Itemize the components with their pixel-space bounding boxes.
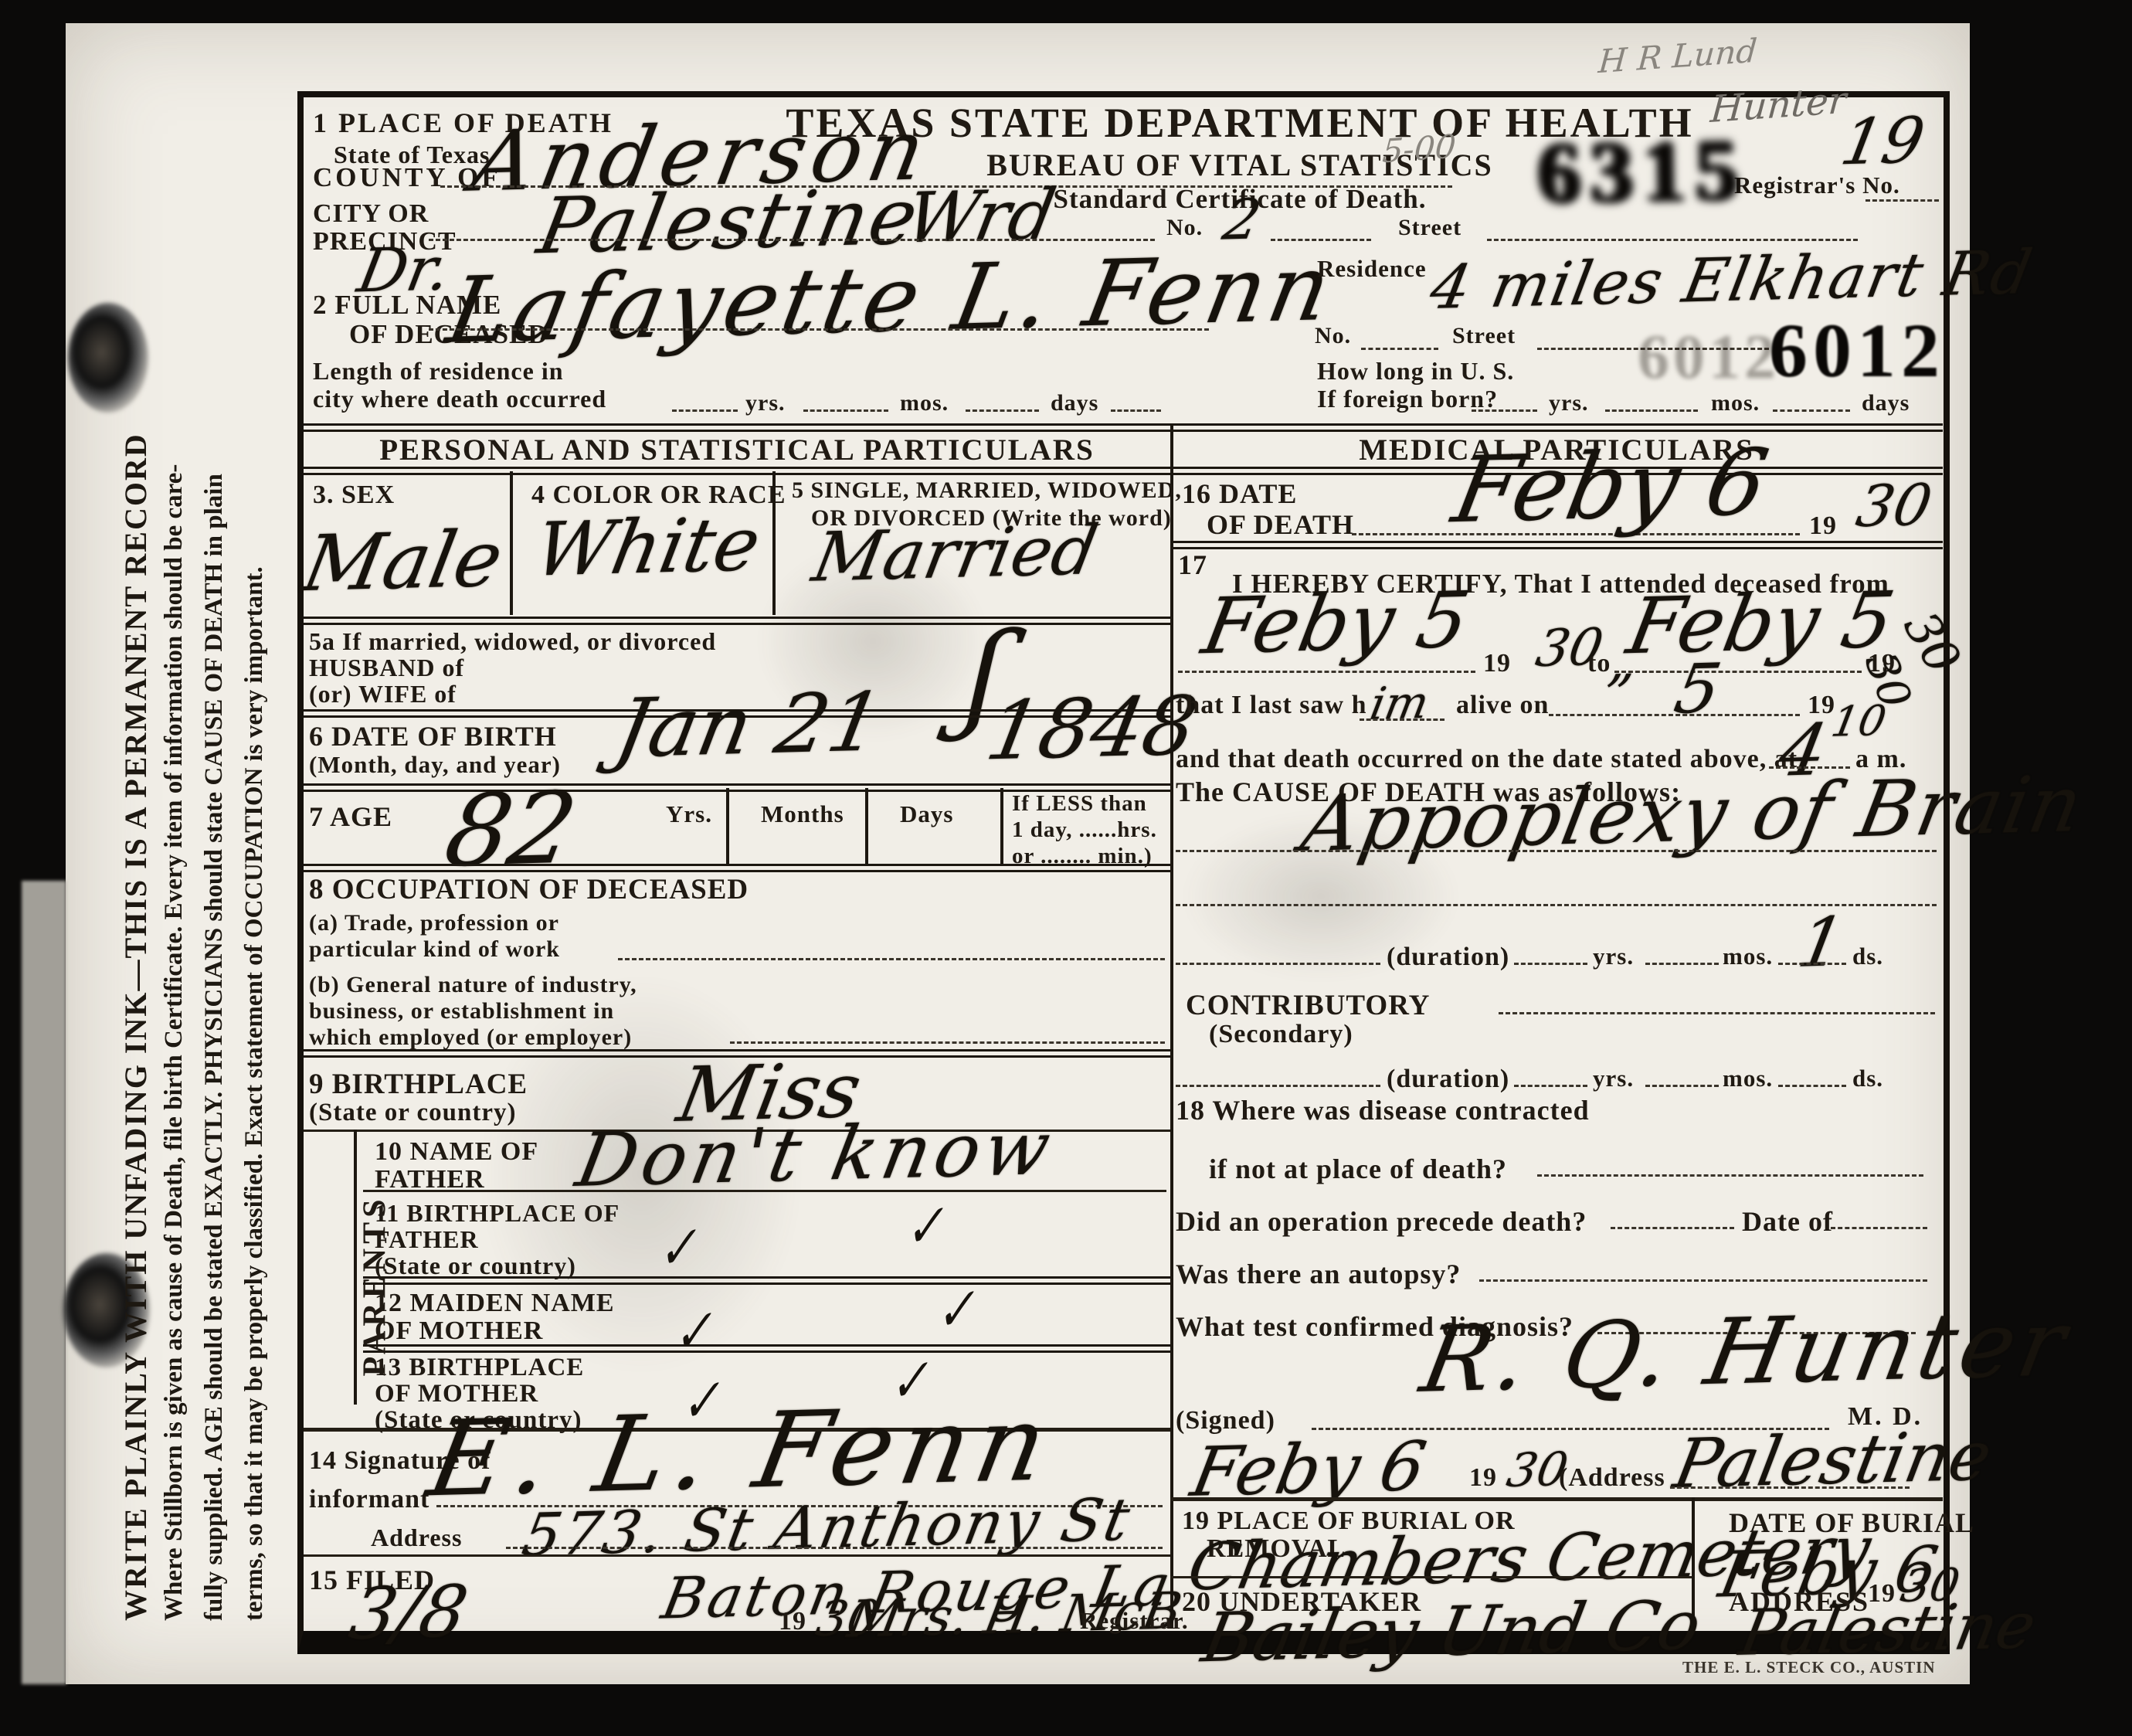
husband-label3: (or) WIFE of (309, 680, 457, 708)
occupation-b3: which employed (or employer) (309, 1024, 632, 1051)
physician-signature: R. Q. Hunter (1414, 1289, 2078, 1413)
dotted-line (966, 409, 1039, 412)
father-name-label1: 10 NAME OF (375, 1137, 538, 1167)
date-of-death-label2: OF DEATH (1207, 508, 1354, 541)
margin-line-1: WRITE PLAINLY WITH UNFADING INK—THIS IS … (117, 95, 154, 1621)
row-rule (1170, 541, 1943, 549)
father-birthplace-label2: FATHER (375, 1225, 479, 1254)
operation-date-label: Date of (1742, 1205, 1833, 1238)
filed-date-value: 3/8 (344, 1570, 474, 1656)
duration-label-2: (duration) (1387, 1065, 1509, 1094)
father-birthplace-label1: 11 BIRTHPLACE OF (375, 1199, 620, 1228)
dotted-line (1111, 409, 1161, 412)
mother-birthplace-label1: 13 BIRTHPLACE (375, 1354, 584, 1382)
us-days-label: days (1862, 390, 1910, 416)
cell-divider (865, 788, 868, 865)
cell-divider (726, 788, 729, 865)
address-paren-label: (Address (1559, 1463, 1665, 1493)
operation-question: Did an operation precede death? (1176, 1205, 1587, 1238)
scan-edge-artifact (22, 881, 66, 1684)
length-mos-label: mos. (900, 390, 949, 416)
color-race-value: White (528, 501, 767, 593)
dotted-line (1487, 239, 1858, 241)
attended-to-date: Feby 5 (1621, 575, 1901, 672)
pencil-fee-note: 5-00 (1381, 127, 1458, 170)
occupation-a2: particular kind of work (309, 936, 560, 963)
dotted-line (1831, 1227, 1927, 1229)
signed-year-prefix: 19 (1469, 1463, 1497, 1493)
dotted-line (1645, 1085, 1719, 1087)
city-label-line1: CITY OR (313, 199, 429, 229)
dotted-line (1605, 409, 1698, 412)
registrar-no-value: 19 (1835, 104, 1930, 180)
attended-from-date: Feby 5 (1196, 575, 1476, 672)
duration1-mos: mos. (1723, 943, 1773, 970)
registrar-label: Registrar. (1080, 1607, 1189, 1635)
disease-contracted-label: 18 Where was disease contracted (1176, 1094, 1590, 1126)
less-than-label2: 1 day, ......hrs. (1012, 817, 1157, 843)
contributory-label: CONTRIBUTORY (1186, 989, 1430, 1022)
dotted-line (1361, 348, 1438, 350)
name-prefix-value: Dr. (352, 234, 455, 306)
dotted-line (429, 328, 1209, 331)
marital-label1: 5 SINGLE, MARRIED, WIDOWED, (792, 477, 1182, 504)
secondary-label: (Secondary) (1209, 1020, 1353, 1049)
street-label: Street (1398, 215, 1462, 241)
length-residence-label1: Length of residence in (313, 357, 564, 386)
dotted-line (1866, 199, 1939, 202)
dob-year-value: 1848 (979, 679, 1204, 779)
birthplace-label1: 9 BIRTHPLACE (309, 1068, 528, 1101)
age-days-label: Days (900, 800, 953, 828)
undertaker-value: Bailey Und Co (1197, 1585, 1707, 1678)
row-rule (363, 1344, 1170, 1353)
filed-year-prefix: 19 (779, 1607, 806, 1636)
dotted-line (672, 409, 738, 412)
husband-label2: HUSBAND of (309, 654, 464, 682)
age-months-label: Months (761, 800, 844, 828)
occupation-b2: business, or establishment in (309, 998, 614, 1024)
occupation-title: 8 OCCUPATION OF DECEASED (309, 873, 749, 906)
ditto-check-mark: ✓ (670, 1299, 715, 1367)
margin-instructions: WRITE PLAINLY WITH UNFADING INK—THIS IS … (117, 95, 274, 1621)
not-at-place-label: if not at place of death? (1209, 1153, 1507, 1185)
last-saw-label2: alive on (1456, 691, 1549, 720)
column-divider (1170, 423, 1173, 1629)
ditto-check-mark: ✓ (655, 1215, 699, 1283)
dotted-line (1645, 963, 1719, 965)
margin-line-2: Where Stillborn is given as cause of Dea… (154, 95, 194, 1621)
howlong-us-label1: How long in U. S. (1317, 357, 1514, 386)
less-than-label1: If LESS than (1012, 791, 1147, 817)
certificate-number-stamp: 6012 (1769, 306, 1945, 395)
length-days-label: days (1051, 390, 1098, 416)
dotted-line (506, 1547, 1163, 1549)
dotted-line (618, 958, 1165, 960)
us-yrs-label: yrs. (1549, 390, 1589, 416)
dotted-line (1773, 409, 1850, 412)
informant-address-label: Address (371, 1524, 462, 1552)
duration2-mos: mos. (1723, 1065, 1773, 1092)
precinct-no-label: No. (1166, 215, 1203, 241)
ditto-check-mark: ✓ (902, 1194, 946, 1262)
date-of-death-value: Feby 6 (1445, 429, 1776, 543)
occupation-a1: (a) Trade, profession or (309, 910, 559, 936)
ditto-check-mark: ✓ (933, 1277, 977, 1345)
age-label: 7 AGE (309, 800, 392, 833)
duration2-yrs: yrs. (1593, 1065, 1634, 1092)
margin-line-3: fully supplied. AGE should be stated EXA… (194, 95, 234, 1621)
signed-address-value: Palestine (1668, 1416, 1998, 1504)
dotted-line (1178, 671, 1475, 673)
dotted-line (1670, 1486, 1910, 1489)
sex-value: Male (296, 514, 509, 610)
residence-label: Residence (1317, 255, 1427, 283)
duration1-yrs: yrs. (1593, 943, 1634, 970)
row-rule (304, 617, 1170, 625)
cell-divider (1000, 788, 1003, 865)
dotted-line (730, 1041, 1165, 1044)
dotted-line (1479, 1279, 1927, 1282)
row-rule (363, 1190, 1166, 1192)
autopsy-question: Was there an autopsy? (1176, 1258, 1461, 1290)
dotted-line (1499, 1012, 1935, 1014)
cell-divider (510, 471, 513, 615)
certificate-number-stamp-blurred: 6315 (1536, 121, 1748, 224)
row-rule (1170, 1497, 1943, 1501)
birthplace-label2: (State or country) (309, 1099, 517, 1127)
mother-maiden-label2: OF MOTHER (375, 1316, 543, 1346)
us-mos-label: mos. (1711, 390, 1760, 416)
dotted-line (429, 239, 1155, 241)
residence-no-label: No. (1315, 323, 1351, 349)
dotted-line (803, 409, 888, 412)
date-of-death-label1: 16 DATE (1182, 477, 1297, 510)
dotted-line (1778, 1085, 1846, 1087)
duration-label-1: (duration) (1387, 943, 1509, 972)
margin-line-4: terms, so that it may be properly classi… (234, 95, 274, 1621)
dotted-line (1360, 719, 1445, 721)
cell-divider (772, 471, 776, 615)
dotted-line (1176, 963, 1380, 965)
residence-street-label: Street (1452, 323, 1516, 349)
length-yrs-label: yrs. (745, 390, 786, 416)
dotted-line (1778, 963, 1846, 965)
age-yrs-label: Yrs. (666, 800, 712, 828)
dotted-line (1611, 1227, 1734, 1229)
dotted-line (1514, 1085, 1587, 1087)
personal-section-title: PERSONAL AND STATISTICAL PARTICULARS (304, 433, 1170, 467)
dotted-line (1176, 1085, 1380, 1087)
howlong-us-label2: If foreign born? (1317, 385, 1498, 413)
dob-monthday-value: Jan 21 (609, 675, 890, 776)
father-name-value: Don't know (570, 1105, 1061, 1204)
dotted-line (1537, 1174, 1923, 1177)
death-year-prefix: 19 (1809, 511, 1837, 541)
dotted-line (1614, 671, 1862, 673)
death-minute-value: 10 (1828, 696, 1890, 746)
dotted-line (1472, 409, 1537, 412)
death-certificate-scan: WRITE PLAINLY WITH UNFADING INK—THIS IS … (0, 0, 2132, 1736)
dotted-line (1176, 850, 1937, 852)
length-residence-label2: city where death occurred (313, 385, 606, 413)
mother-maiden-label1: 12 MAIDEN NAME (375, 1289, 615, 1318)
dob-label1: 6 DATE OF BIRTH (309, 720, 557, 752)
informant-sig-label2: informant (309, 1485, 429, 1514)
printer-credit: THE E. L. STECK CO., AUSTIN (1682, 1658, 1936, 1677)
death-year-value: 30 (1852, 472, 1937, 540)
certificate-number-stamp-ghost: 6012 (1638, 321, 1780, 393)
dotted-line (1514, 963, 1587, 965)
occupation-b1: (b) General nature of industry, (309, 972, 637, 998)
duration1-ds: ds. (1852, 943, 1883, 970)
row-rule (1170, 1576, 1692, 1578)
item-17-label: 17 (1178, 549, 1207, 581)
last-saw-him: im (1366, 676, 1433, 730)
duration2-ds: ds. (1852, 1065, 1883, 1092)
last-saw-label1: that I last saw h (1176, 691, 1366, 720)
row-rule (363, 1276, 1170, 1285)
sex-label: 3. SEX (313, 481, 395, 510)
row-rule (304, 864, 1170, 872)
husband-label1: 5a If married, widowed, or divorced (309, 627, 716, 656)
from-year-prefix: 19 (1483, 649, 1511, 678)
marital-value: Married (806, 510, 1103, 596)
